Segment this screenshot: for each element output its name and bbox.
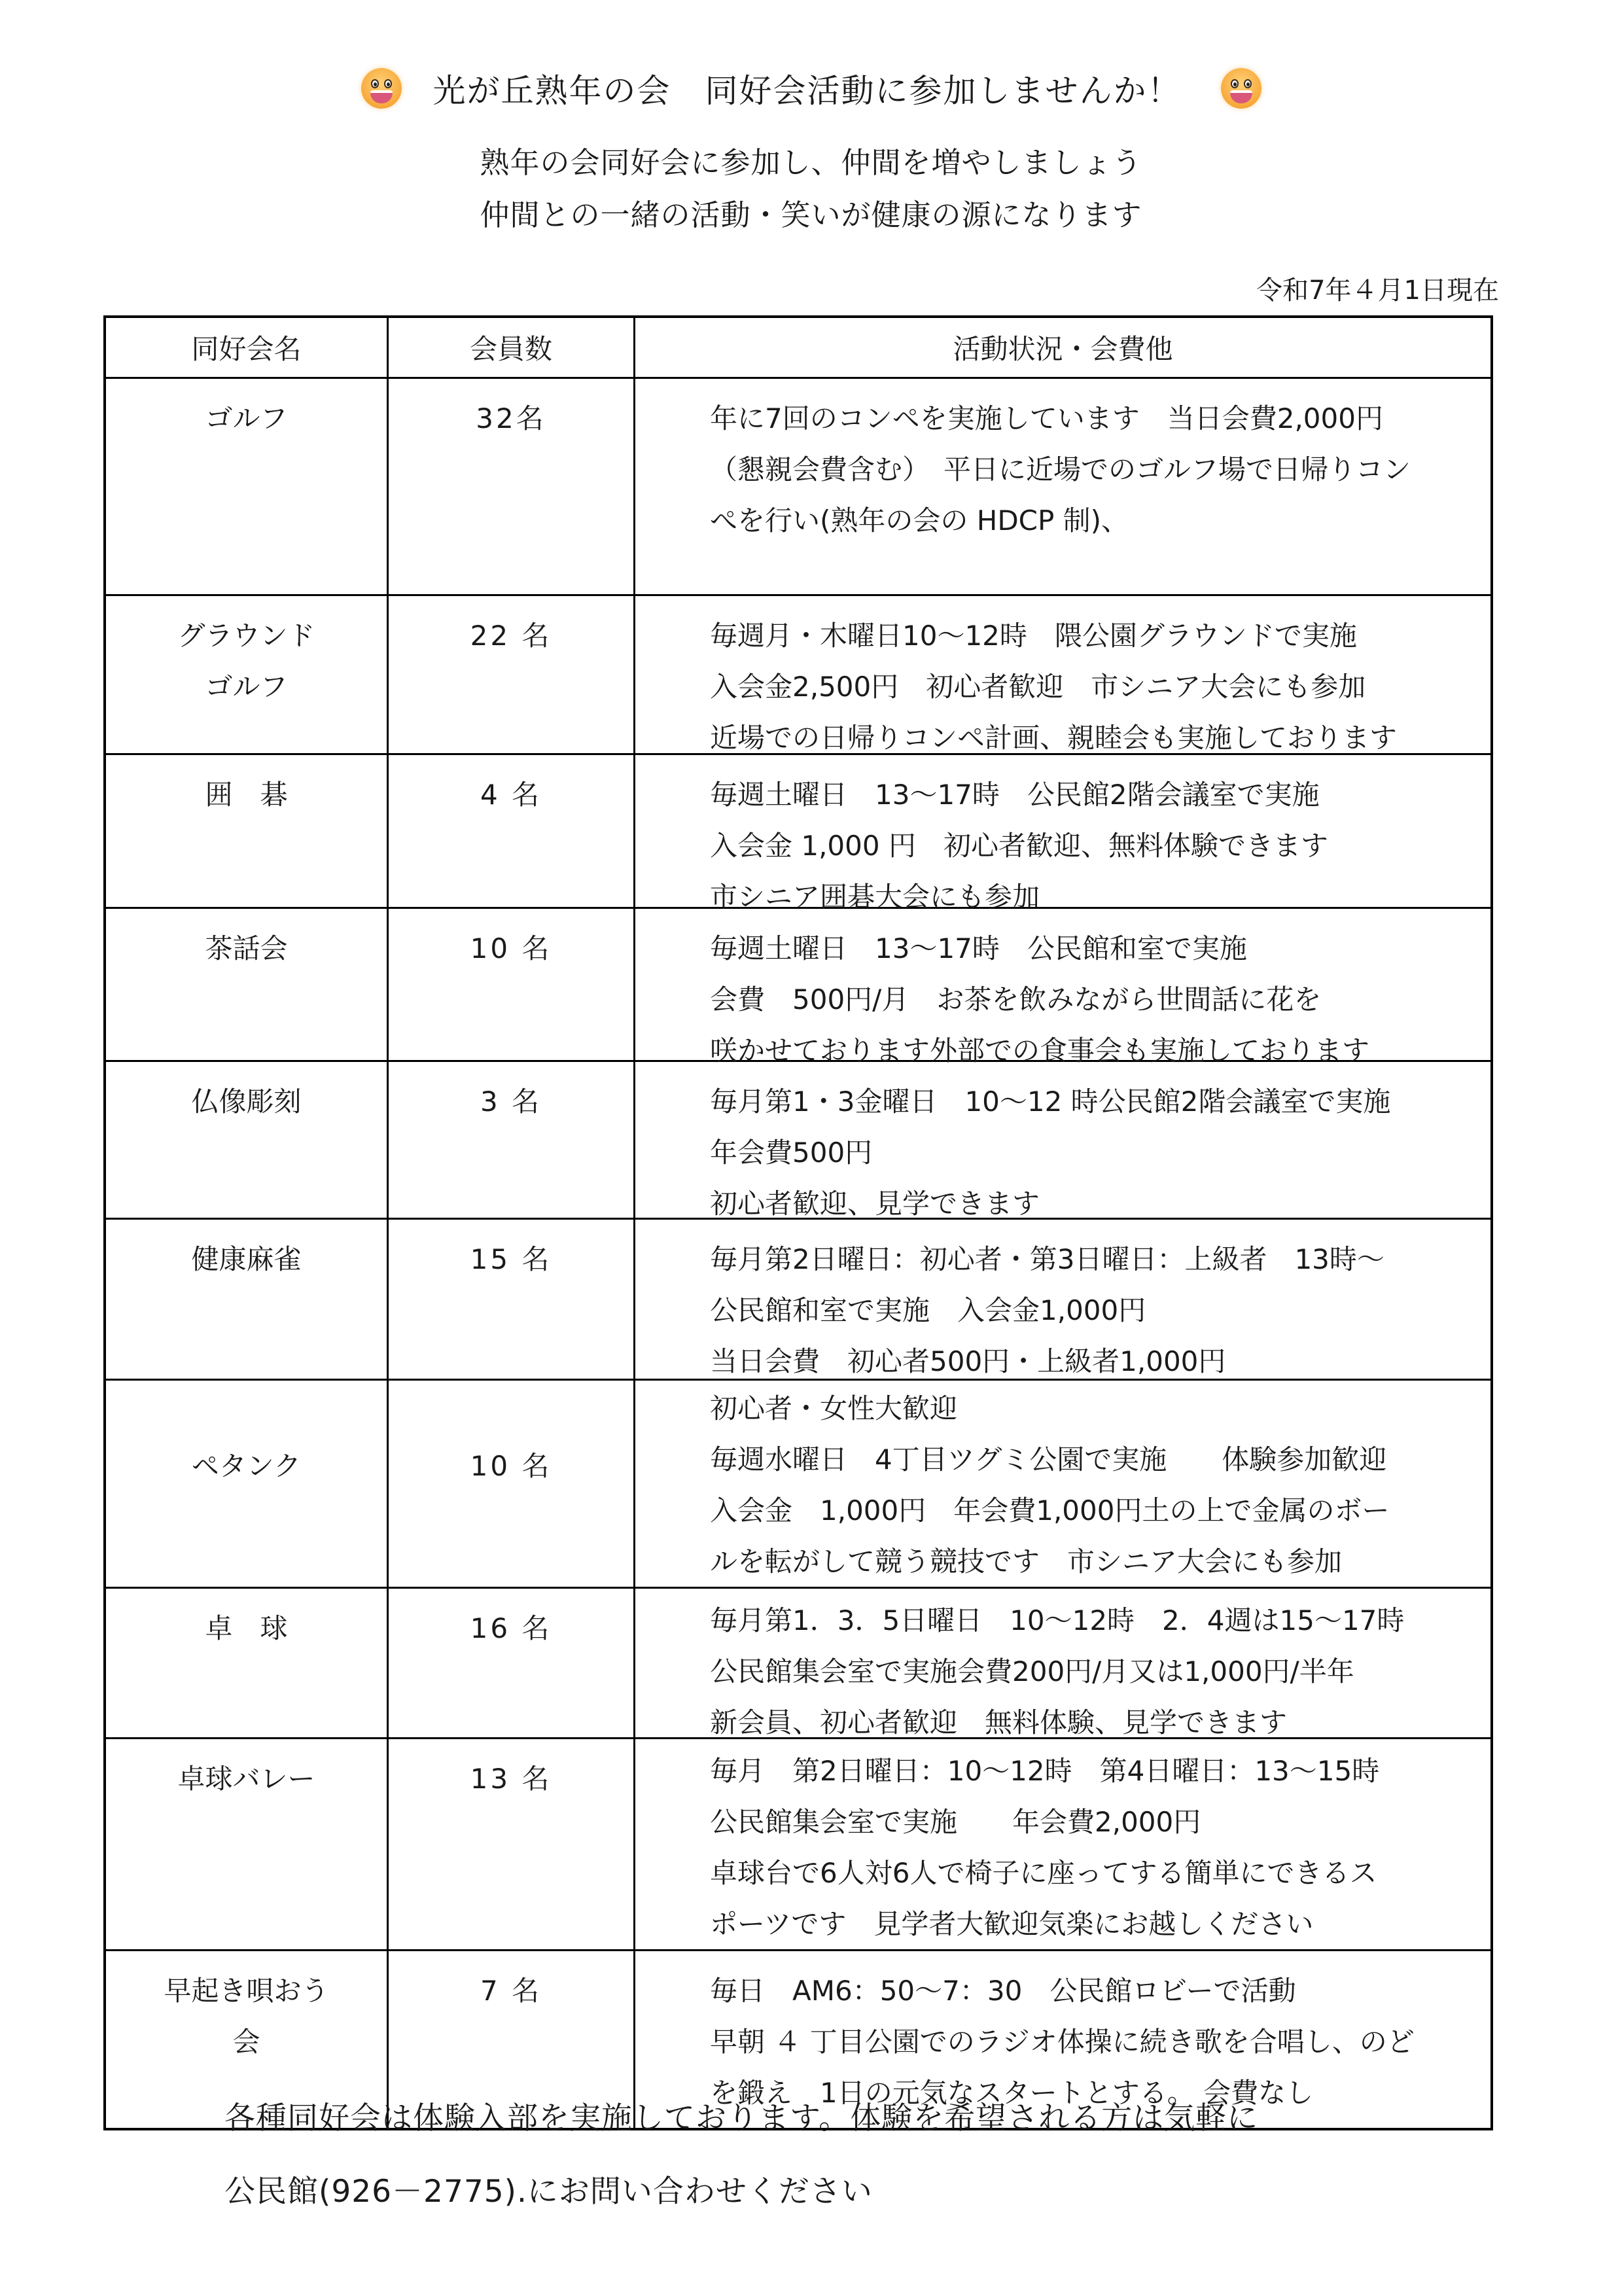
member-count: 10 名 xyxy=(387,1381,633,1587)
member-count: 22 名 xyxy=(387,596,633,764)
club-name: 仏像彫刻 xyxy=(106,1062,387,1229)
details-line: 毎週土曜日 13～17時 公民館和室で実施 xyxy=(710,923,1490,974)
table-row: 卓球バレー 13 名 毎月 第2日曜日：10～12時 第4日曜日：13～15時 … xyxy=(106,1737,1490,1949)
subtitle-line-1: 熟年の会同好会に参加し、仲間を増やしましょう xyxy=(0,139,1622,181)
grinning-face-icon xyxy=(1221,68,1261,109)
table-row: 囲 碁 4 名 毎週土曜日 13～17時 公民館2階会議室で実施 入会金 1,0… xyxy=(106,753,1490,907)
club-details: 毎月 第2日曜日：10～12時 第4日曜日：13～15時 公民館集会室で実施 年… xyxy=(633,1739,1490,1950)
club-name: 健康麻雀 xyxy=(106,1220,387,1387)
club-name: グラウンド ゴルフ xyxy=(106,596,387,764)
club-name: ゴルフ xyxy=(106,379,387,594)
club-details: 毎週月・木曜日10～12時 隈公園グラウンドで実施 入会金2,500円 初心者歓… xyxy=(633,596,1490,764)
page-title: 光が丘熟年の会 同好会活動に参加しませんか！ xyxy=(433,65,1182,112)
club-name: 卓 球 xyxy=(106,1589,387,1748)
details-line: ポーツです 見学者大歓迎気楽にお越しください xyxy=(710,1899,1490,1950)
table-row: グラウンド ゴルフ 22 名 毎週月・木曜日10～12時 隈公園グラウンドで実施… xyxy=(106,594,1490,753)
column-header-club-name: 同好会名 xyxy=(106,318,387,377)
member-count: 15 名 xyxy=(387,1220,633,1387)
club-details: 毎月第2日曜日：初心者・第3日曜日：上級者 13時～ 公民館和室で実施 入会金1… xyxy=(633,1220,1490,1387)
details-line: 初心者・女性大歓迎 xyxy=(710,1383,1490,1434)
club-details: 毎月第1．3．5日曜日 10～12時 2．4週は15～17時 公民館集会室で実施… xyxy=(633,1589,1490,1748)
details-line: 公民館集会室で実施 年会費2,000円 xyxy=(710,1797,1490,1848)
details-line: 毎週水曜日 4丁目ツグミ公園で実施 体験参加歓迎 xyxy=(710,1434,1490,1485)
details-line: ぺを行い(熟年の会の HDCP 制)、 xyxy=(710,495,1490,546)
subtitle-line-2: 仲間との一緒の活動・笑いが健康の源になります xyxy=(0,191,1622,234)
club-table: 同好会名 会員数 活動状況・会費他 ゴルフ 32名 年に7回のコンペを実施してい… xyxy=(103,315,1493,2130)
details-line: 公民館和室で実施 入会金1,000円 xyxy=(710,1285,1490,1336)
details-line: 年会費500円 xyxy=(710,1127,1490,1178)
club-name: 卓球バレー xyxy=(106,1739,387,1950)
member-count: 13 名 xyxy=(387,1739,633,1950)
table-row: 仏像彫刻 3 名 毎月第1・3金曜日 10～12 時公民館2階会議室で実施 年会… xyxy=(106,1060,1490,1218)
table-row: 卓 球 16 名 毎月第1．3．5日曜日 10～12時 2．4週は15～17時 … xyxy=(106,1587,1490,1737)
member-count: 4 名 xyxy=(387,755,633,923)
table-row: 健康麻雀 15 名 毎月第2日曜日：初心者・第3日曜日：上級者 13時～ 公民館… xyxy=(106,1218,1490,1379)
member-count: 16 名 xyxy=(387,1589,633,1748)
details-line: ルを転がして競う競技です 市シニア大会にも参加 xyxy=(710,1536,1490,1587)
club-name: 茶話会 xyxy=(106,909,387,1076)
details-line: 毎週土曜日 13～17時 公民館2階会議室で実施 xyxy=(710,769,1490,821)
details-line: 卓球台で6人対6人で椅子に座ってする簡単にできるス xyxy=(710,1848,1490,1899)
column-header-details: 活動状況・会費他 xyxy=(633,318,1490,377)
details-line: （懇親会費含む） 平日に近場でのゴルフ場で日帰りコン xyxy=(710,444,1490,495)
member-count: 3 名 xyxy=(387,1062,633,1229)
details-line: 毎日 AM6：50～7：30 公民館ロビーで活動 xyxy=(710,1966,1490,2017)
details-line: 毎月 第2日曜日：10～12時 第4日曜日：13～15時 xyxy=(710,1746,1490,1797)
club-name: 囲 碁 xyxy=(106,755,387,923)
footer-contact-line: 公民館(926－2775).にお問い合わせください xyxy=(224,2167,873,2211)
details-line: 入会金 1,000 円 初心者歓迎、無料体験できます xyxy=(710,821,1490,872)
table-header-row: 同好会名 会員数 活動状況・会費他 xyxy=(106,318,1490,377)
grinning-face-icon xyxy=(361,68,402,109)
club-name: ペタンク xyxy=(106,1381,387,1587)
as-of-date: 令和7年４月1日現在 xyxy=(1256,270,1499,307)
details-line: 毎月第1．3．5日曜日 10～12時 2．4週は15～17時 xyxy=(710,1595,1490,1646)
club-details: 年に7回のコンペを実施しています 当日会費2,000円 （懇親会費含む） 平日に… xyxy=(633,379,1490,594)
column-header-members: 会員数 xyxy=(387,318,633,377)
footer-note-line-1: 各種同好会は体験入部を実施しております。体験を希望される方は気軽に xyxy=(224,2094,1258,2138)
club-details: 毎月第1・3金曜日 10～12 時公民館2階会議室で実施 年会費500円 初心者… xyxy=(633,1062,1490,1229)
details-line: 年に7回のコンペを実施しています 当日会費2,000円 xyxy=(710,393,1490,444)
details-line: 当日会費 初心者500円・上級者1,000円 xyxy=(710,1336,1490,1387)
details-line: 入会金 1,000円 年会費1,000円土の上で金属のボー xyxy=(710,1485,1490,1536)
details-line: 毎月第2日曜日：初心者・第3日曜日：上級者 13時～ xyxy=(710,1234,1490,1285)
details-line: 会費 500円/月 お茶を飲みながら世間話に花を xyxy=(710,974,1490,1025)
club-details: 初心者・女性大歓迎 毎週水曜日 4丁目ツグミ公園で実施 体験参加歓迎 入会金 1… xyxy=(633,1381,1490,1587)
table-row: ゴルフ 32名 年に7回のコンペを実施しています 当日会費2,000円 （懇親会… xyxy=(106,377,1490,594)
details-line: 毎週月・木曜日10～12時 隈公園グラウンドで実施 xyxy=(710,610,1490,662)
title-row: 光が丘熟年の会 同好会活動に参加しませんか！ xyxy=(0,59,1622,118)
club-details: 毎週土曜日 13～17時 公民館和室で実施 会費 500円/月 お茶を飲みながら… xyxy=(633,909,1490,1076)
details-line: 早朝 ４ 丁目公園でのラジオ体操に続き歌を合唱し、のど xyxy=(710,2017,1490,2068)
details-line: 毎月第1・3金曜日 10～12 時公民館2階会議室で実施 xyxy=(710,1076,1490,1127)
details-line: 公民館集会室で実施会費200円/月又は1,000円/半年 xyxy=(710,1646,1490,1697)
club-details: 毎週土曜日 13～17時 公民館2階会議室で実施 入会金 1,000 円 初心者… xyxy=(633,755,1490,923)
member-count: 10 名 xyxy=(387,909,633,1076)
member-count: 32名 xyxy=(387,379,633,594)
details-line: 入会金2,500円 初心者歓迎 市シニア大会にも参加 xyxy=(710,662,1490,713)
table-row: ペタンク 10 名 初心者・女性大歓迎 毎週水曜日 4丁目ツグミ公園で実施 体験… xyxy=(106,1379,1490,1587)
table-row: 茶話会 10 名 毎週土曜日 13～17時 公民館和室で実施 会費 500円/月… xyxy=(106,907,1490,1060)
